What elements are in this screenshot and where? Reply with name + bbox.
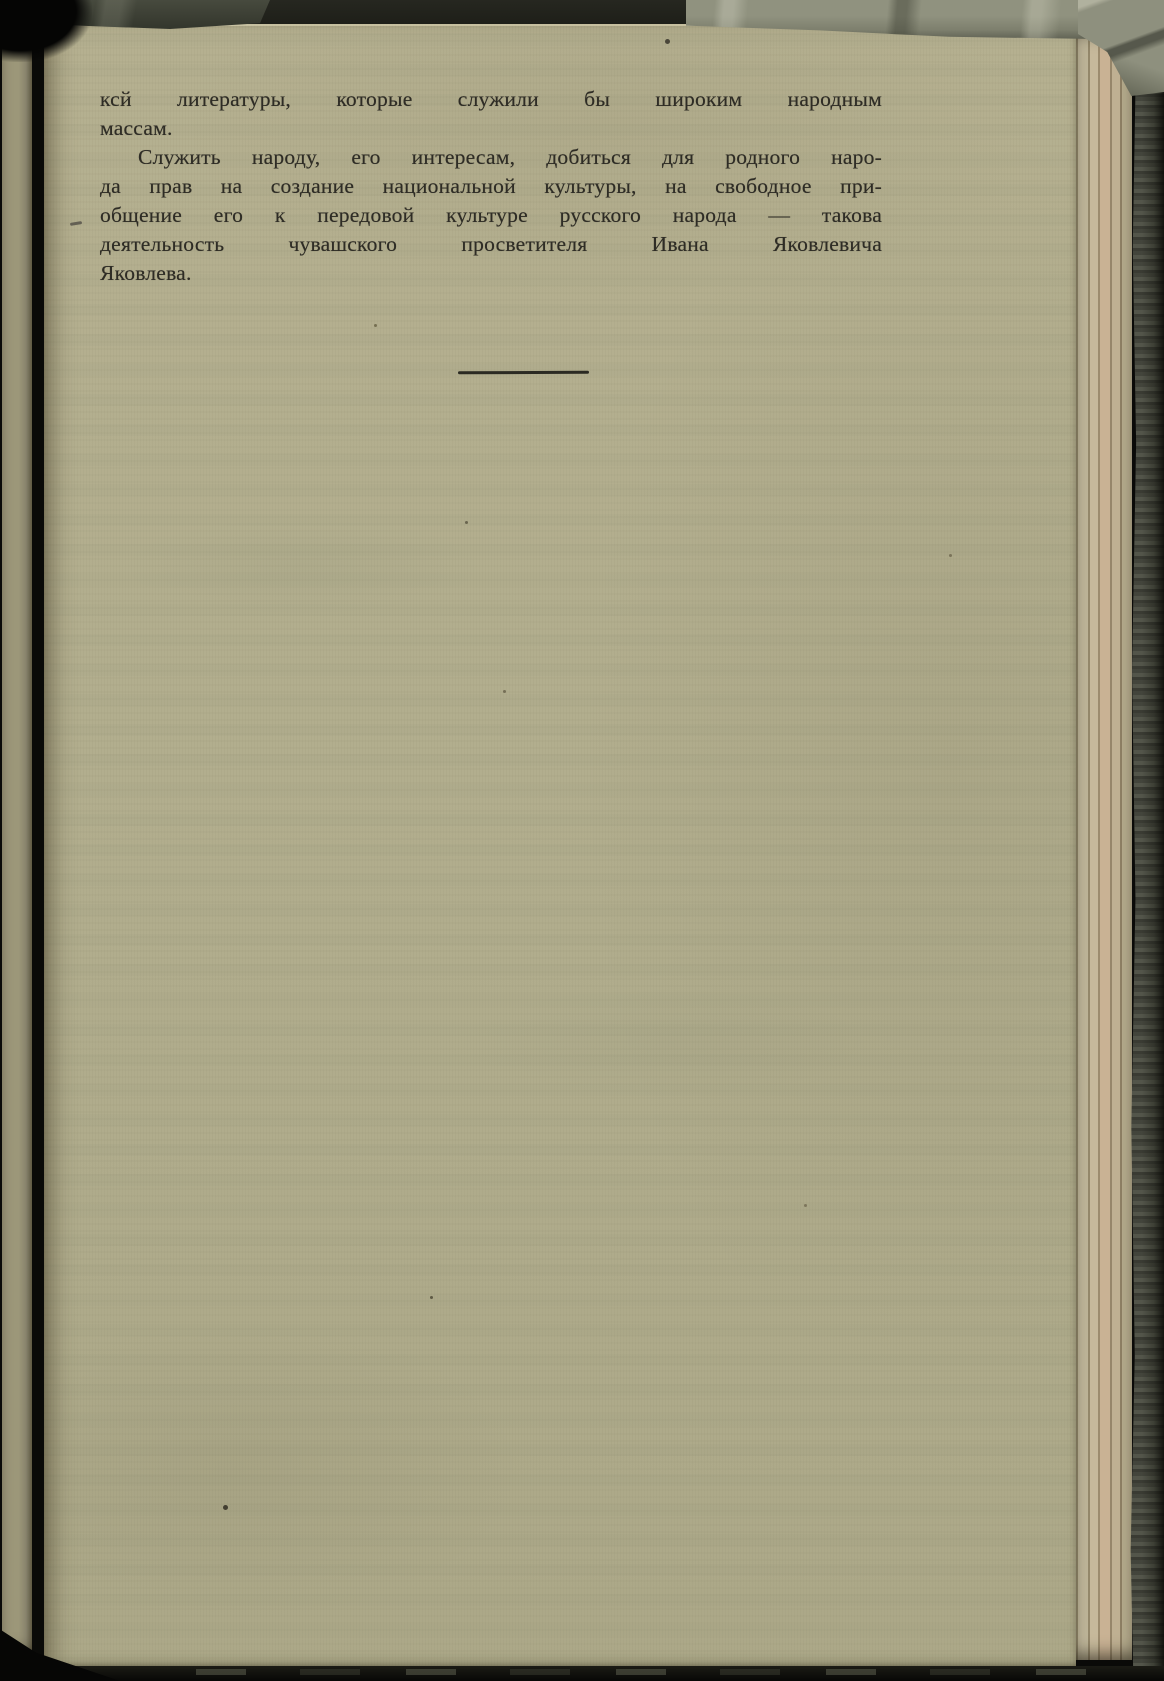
book-photo: ксй литературы, которые служили бы широк…: [0, 0, 1164, 1681]
text-line: массам.: [100, 114, 882, 143]
book-bottom-edge: [0, 1666, 1164, 1681]
book-page: ксй литературы, которые служили бы широк…: [44, 24, 1076, 1666]
text-line: общение его к передовой культуре русског…: [100, 201, 882, 230]
text-line: да прав на создание национальной культур…: [100, 172, 882, 201]
previous-page-edge: [2, 27, 32, 1660]
section-divider: [458, 371, 589, 374]
cover-shadow: [0, 0, 92, 62]
stray-ink-mark: [70, 221, 82, 225]
page-text: ксй литературы, которые служили бы широк…: [100, 85, 882, 288]
book-cover-edge-right: [1130, 52, 1164, 1681]
text-line: Яковлева.: [100, 259, 882, 288]
text-line: Служить народу, его интересам, добиться …: [100, 143, 882, 172]
text-line: деятельность чувашского просветителя Ива…: [100, 230, 882, 259]
text-line: ксй литературы, которые служили бы широк…: [100, 85, 882, 114]
page-edges-stack: [1076, 30, 1132, 1660]
gutter-shadow: [32, 25, 44, 1664]
